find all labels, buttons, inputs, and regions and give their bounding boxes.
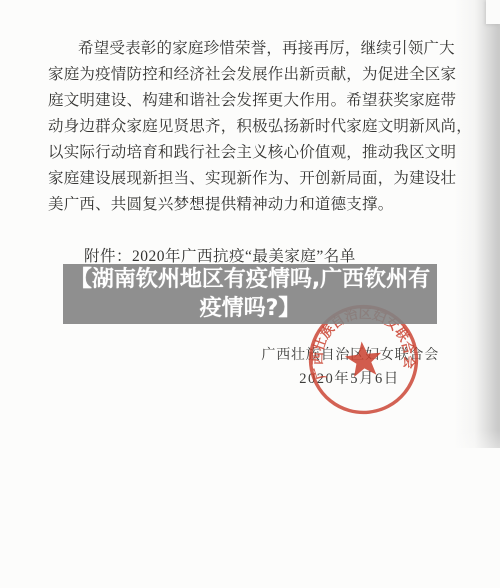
scan-corner-notch <box>486 0 500 24</box>
body-paragraph: 希望受表彰的家庭珍惜荣誉，再接再厉，继续引领广大 家庭为疫情防控和经济社会发展作… <box>48 36 441 218</box>
scan-edge-shadow <box>454 0 500 448</box>
paragraph-line: 希望受表彰的家庭珍惜荣誉，再接再厉，继续引领广大 <box>48 36 441 62</box>
paragraph-line: 家庭建设展现新担当、实现新作为、开创新局面，为建设壮 <box>48 166 441 192</box>
document-page: 希望受表彰的家庭珍惜荣誉，再接再厉，继续引领广大 家庭为疫情防控和经济社会发展作… <box>0 0 500 588</box>
banner-line-1: 【湖南钦州地区有疫情吗,广西钦州有 <box>63 265 437 294</box>
paragraph-line: 以实际行动培育和践行社会主义核心价值观，推动我区文明 <box>48 140 441 166</box>
banner-line-2: 疫情吗?】 <box>63 294 437 323</box>
paragraph-line: 家庭为疫情防控和经济社会发展作出新贡献，为促进全区家 <box>48 62 441 88</box>
caption-banner: 【湖南钦州地区有疫情吗,广西钦州有 疫情吗?】 <box>63 264 437 324</box>
paragraph-line: 美广西、共圆复兴梦想提供精神动力和道德支撑。 <box>48 192 441 218</box>
paragraph-line: 动身边群众家庭见贤思齐，积极弘扬新时代家庭文明新风尚， <box>48 114 441 140</box>
star-icon <box>343 340 383 378</box>
scan-edge-shadow-fade <box>454 430 500 490</box>
paragraph-line: 庭文明建设、构建和谐社会发挥更大作用。希望获奖家庭带 <box>48 88 441 114</box>
